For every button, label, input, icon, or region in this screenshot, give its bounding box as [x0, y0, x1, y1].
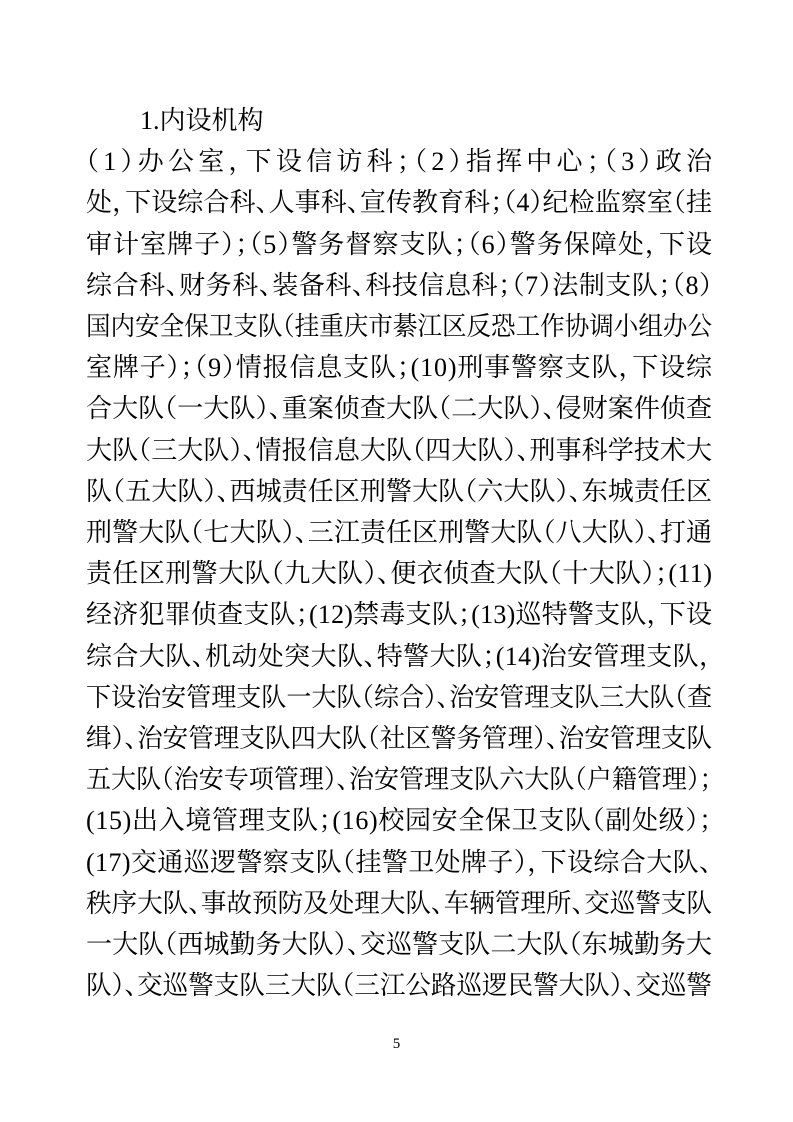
text-line-content: 队（五大队）、西城责任区刑警大队（六大队）、东城责任区 [86, 471, 712, 512]
text-line: 处，下设综合科、人事科、宣传教育科；（4）纪检监察室（挂 [86, 182, 712, 223]
text-line-content: 大队（三大队）、情报信息大队（四大队）、刑事科学技术大 [86, 430, 712, 471]
text-line-content: （1）办公室，下设信访科；（2）指挥中心；（3）政治 [86, 141, 716, 182]
text-line-content: 经济犯罪侦查支队；(12)禁毒支队；(13)巡特警支队，下设 [86, 594, 712, 635]
text-line-content: (17)交通巡逻警察支队（挂警卫处牌子），下设综合大队、 [86, 842, 712, 883]
text-line-content: 责任区刑警大队（九大队）、便衣侦查大队（十大队）；(11) [86, 553, 712, 594]
text-line: 一大队（西城勤务大队）、交巡警支队二大队（东城勤务大 [86, 924, 712, 965]
text-line-content: 审计室牌子）；（5）警务督察支队；（6）警务保障处，下设 [86, 224, 713, 265]
text-line: 五大队（治安专项管理）、治安管理支队六大队（户籍管理）； [86, 759, 712, 800]
text-line: 合大队（一大队）、重案侦查大队（二大队）、侵财案件侦查 [86, 388, 712, 429]
text-line-content: 处，下设综合科、人事科、宣传教育科；（4）纪检监察室（挂 [86, 182, 712, 223]
text-line: 队（五大队）、西城责任区刑警大队（六大队）、东城责任区 [86, 471, 712, 512]
text-line: (17)交通巡逻警察支队（挂警卫处牌子），下设综合大队、 [86, 842, 712, 883]
page-footer: 5 [0, 1034, 793, 1054]
text-line-content: 缉）、治安管理支队四大队（社区警务管理）、治安管理支队 [86, 718, 712, 759]
text-line-content: 综合大队、机动处突大队、特警大队；(14)治安管理支队， [86, 636, 712, 677]
text-line: 责任区刑警大队（九大队）、便衣侦查大队（十大队）；(11) [86, 553, 712, 594]
text-line-content: (15)出入境管理支队；(16)校园安全保卫支队（副处级）； [86, 800, 713, 841]
text-line-content: 秩序大队、事故预防及处理大队、车辆管理所、交巡警支队 [86, 883, 712, 924]
text-line: 刑警大队（七大队）、三江责任区刑警大队（八大队）、打通 [86, 512, 712, 553]
text-line: 大队（三大队）、情报信息大队（四大队）、刑事科学技术大 [86, 430, 712, 471]
document-page: 1.内设机构 （1）办公室，下设信访科；（2）指挥中心；（3）政治 处，下设综合… [0, 0, 793, 1122]
text-line: （1）办公室，下设信访科；（2）指挥中心；（3）政治 [86, 141, 712, 182]
text-line: 缉）、治安管理支队四大队（社区警务管理）、治安管理支队 [86, 718, 712, 759]
text-line: 秩序大队、事故预防及处理大队、车辆管理所、交巡警支队 [86, 883, 712, 924]
text-line-content: 下设治安管理支队一大队（综合）、治安管理支队三大队（查 [86, 677, 712, 718]
text-line: 国内安全保卫支队（挂重庆市綦江区反恐工作协调小组办公 [86, 306, 712, 347]
text-line: 队）、交巡警支队三大队（三江公路巡逻民警大队）、交巡警 [86, 965, 712, 1006]
text-line: 综合大队、机动处突大队、特警大队；(14)治安管理支队， [86, 636, 712, 677]
text-line-content: 国内安全保卫支队（挂重庆市綦江区反恐工作协调小组办公 [86, 306, 712, 347]
text-line: 经济犯罪侦查支队；(12)禁毒支队；(13)巡特警支队，下设 [86, 594, 712, 635]
text-line: 审计室牌子）；（5）警务督察支队；（6）警务保障处，下设 [86, 224, 712, 265]
section-heading: 1.内设机构 [86, 100, 712, 141]
text-line: (15)出入境管理支队；(16)校园安全保卫支队（副处级）； [86, 800, 712, 841]
text-line: 综合科、财务科、装备科、科技信息科；（7）法制支队；（8） [86, 265, 712, 306]
document-content: 1.内设机构 （1）办公室，下设信访科；（2）指挥中心；（3）政治 处，下设综合… [86, 100, 712, 1006]
text-line: 室牌子）；（9）情报信息支队；(10)刑事警察支队，下设综 [86, 347, 712, 388]
text-line-content: 刑警大队（七大队）、三江责任区刑警大队（八大队）、打通 [86, 512, 712, 553]
body-paragraph: （1）办公室，下设信访科；（2）指挥中心；（3）政治 处，下设综合科、人事科、宣… [86, 141, 712, 1006]
text-line-content: 综合科、财务科、装备科、科技信息科；（7）法制支队；（8） [86, 265, 713, 306]
text-line-content: 五大队（治安专项管理）、治安管理支队六大队（户籍管理）； [86, 759, 712, 800]
text-line: 下设治安管理支队一大队（综合）、治安管理支队三大队（查 [86, 677, 712, 718]
text-line-content: 队）、交巡警支队三大队（三江公路巡逻民警大队）、交巡警 [86, 965, 712, 1006]
text-line-content: 一大队（西城勤务大队）、交巡警支队二大队（东城勤务大 [86, 924, 712, 965]
page-number: 5 [393, 1036, 401, 1052]
text-line-content: 室牌子）；（9）情报信息支队；(10)刑事警察支队，下设综 [86, 347, 713, 388]
text-line-content: 合大队（一大队）、重案侦查大队（二大队）、侵财案件侦查 [86, 388, 712, 429]
